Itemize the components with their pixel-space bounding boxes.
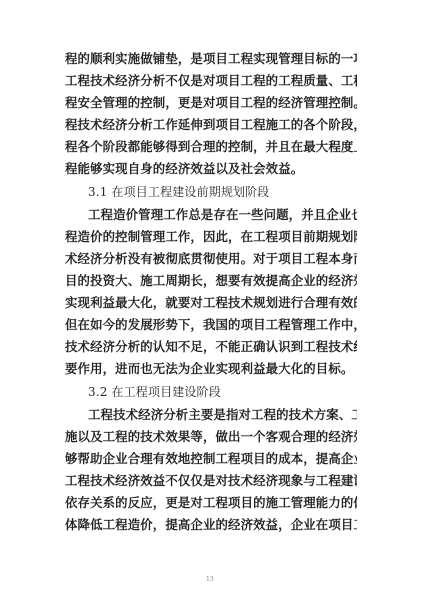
paragraph-first-line: 工程造价管理工作总是存在一些问题，并且企业也经常忽略工 (88, 208, 357, 222)
page-number: 13 (206, 576, 214, 584)
text-line: 实现利益最大化，就要对工程技术规划进行合理有效的控制管理。 (65, 296, 357, 310)
text-line: 工程技术经济分析不仅是对项目工程的工程质量、工程技术以及工 (65, 74, 357, 88)
section-heading-3-1: 3.1 在项目工程建设前期规划阶段 (88, 185, 380, 199)
text-line: 程的顺利实施做铺垫，是项目工程实现管理目标的一项重要环节。 (65, 52, 357, 66)
text-line: 术经济分析没有被彻底贯彻使用。对于项目工程本身而言，由于项 (65, 252, 357, 266)
text-line: 程技术经济分析工作延伸到项目工程施工的各个阶段，确保项目工 (65, 118, 357, 132)
text-line: 程安全管理的控制，更是对项目工程的经济管理控制。企业应将工 (65, 96, 357, 110)
text-line: 程造价的控制管理工作，因此，在工程项目前期规划阶段，工程技 (65, 230, 357, 244)
document-page: 程的顺利实施做铺垫，是项目工程实现管理目标的一项重要环节。 工程技术经济分析不仅… (0, 0, 424, 600)
text-line: 目的投资大、施工周期长，想要有效提高企业的经济效益，为企业 (65, 274, 357, 288)
section-heading-3-2: 3.2 在工程项目建设阶段 (88, 385, 380, 399)
text-line: 依存关系的反应，更是对工程项目的施工管理能力的体现。想要整 (65, 496, 357, 510)
text-line: 施以及工程的技术效果等，做出一个客观合理的经济效果分析，能 (65, 430, 357, 444)
text-line: 技术经济分析的认知不足，不能正确认识到工程技术经济分析的重 (65, 340, 357, 354)
text-line: 但在如今的发展形势下，我国的项目工程管理工作中，人们对工程 (65, 318, 357, 332)
text-line: 程能够实现自身的经济效益以及社会效益。 (65, 162, 357, 176)
text-line: 程各个阶段都能够得到合理的控制，并且在最大程度上保障项目工 (65, 140, 357, 154)
text-line: 体降低工程造价，提高企业的经济效益，企业在项目工程施工过程 (65, 518, 357, 532)
text-line: 要作用，进而也无法为企业实现利益最大化的目标。 (65, 362, 357, 376)
text-line: 工程技术经济效益不仅仅是对技术经济现象与工程建设之间的相互 (65, 474, 357, 488)
text-line: 够帮助企业合理有效地控制工程项目的成本，提高企业的经济效益。 (65, 452, 357, 466)
paragraph-first-line: 工程技术经济分析主要是指对工程的技术方案、工程的技术措 (88, 408, 357, 422)
